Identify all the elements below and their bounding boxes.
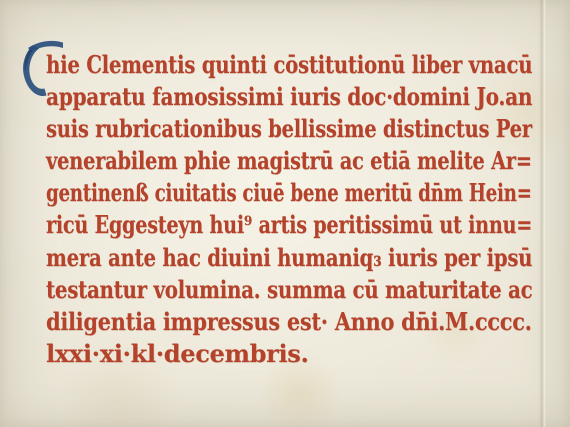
- page-crease: [539, 0, 547, 427]
- colophon-line-7: mera ante hac diuini humaniq₃ iuris per …: [46, 242, 444, 274]
- colophon-line-2: apparatu famosissimi iuris doc·domini Jo…: [46, 81, 452, 113]
- colophon-line-9: diligentia impressus est· Anno dn̄i.M.cc…: [46, 306, 469, 338]
- colophon-text-block: hie Clementis quinti cōstitutionū liber …: [46, 49, 532, 370]
- colophon-line-5: gentinenß ciuitatis ciuē bene meritū dn̄…: [46, 177, 414, 209]
- colophon-line-8: testantur volumina. summa cū maturitate …: [46, 274, 446, 306]
- colophon-line-1: hie Clementis quinti cōstitutionū liber …: [46, 49, 445, 81]
- colophon-line-4: venerabilem phie magistrū ac etiā melite…: [46, 145, 439, 177]
- colophon-line-10: lxxi·xi·kl·decembris.: [46, 338, 532, 370]
- colophon-line-6: ricū Eggesteyn hui⁹ artis peritissimū ut…: [46, 209, 434, 241]
- colophon-line-3: suis rubricationibus bellissime distinct…: [46, 113, 441, 145]
